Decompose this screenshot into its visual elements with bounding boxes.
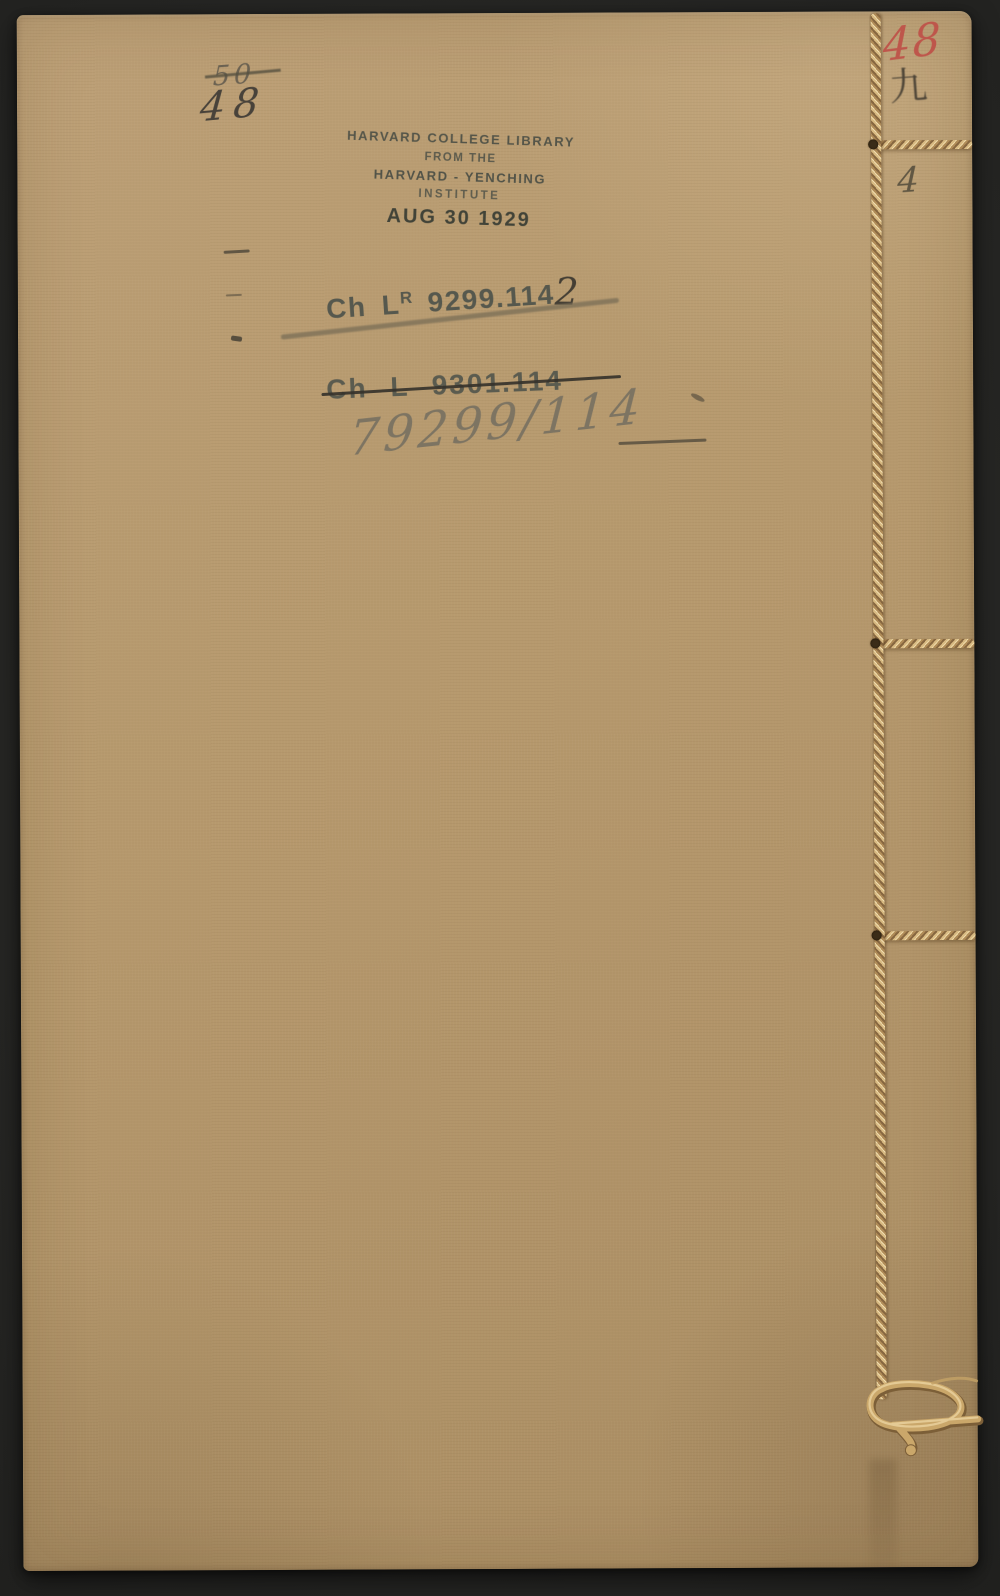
photo-backdrop: 50 48 HARVARD COLLEGE LIBRARY FROM THE H… (0, 0, 1000, 1596)
book-cover: 50 48 HARVARD COLLEGE LIBRARY FROM THE H… (17, 11, 979, 1571)
corner-character: 九 (887, 54, 929, 112)
volume-number: 4 (897, 160, 920, 202)
stamp-line-4: INSTITUTE (322, 185, 597, 205)
binding-stitch (875, 140, 972, 149)
binding-hole (870, 638, 880, 648)
binding-thread-knot (841, 1369, 1000, 1470)
handwritten-shelf-number: 48 (198, 79, 268, 132)
thread-shadow (869, 1459, 897, 1567)
paper-texture (17, 11, 979, 1571)
library-accession-stamp: HARVARD COLLEGE LIBRARY FROM THE HARVARD… (321, 127, 599, 234)
binding-stitch (879, 931, 976, 940)
call1-prefix: Ch L (325, 289, 401, 325)
binding-hole (868, 139, 878, 149)
binding-stitch (877, 639, 974, 648)
stamp-line-3: HARVARD - YENCHING (322, 165, 597, 188)
binding-hole (872, 930, 882, 940)
